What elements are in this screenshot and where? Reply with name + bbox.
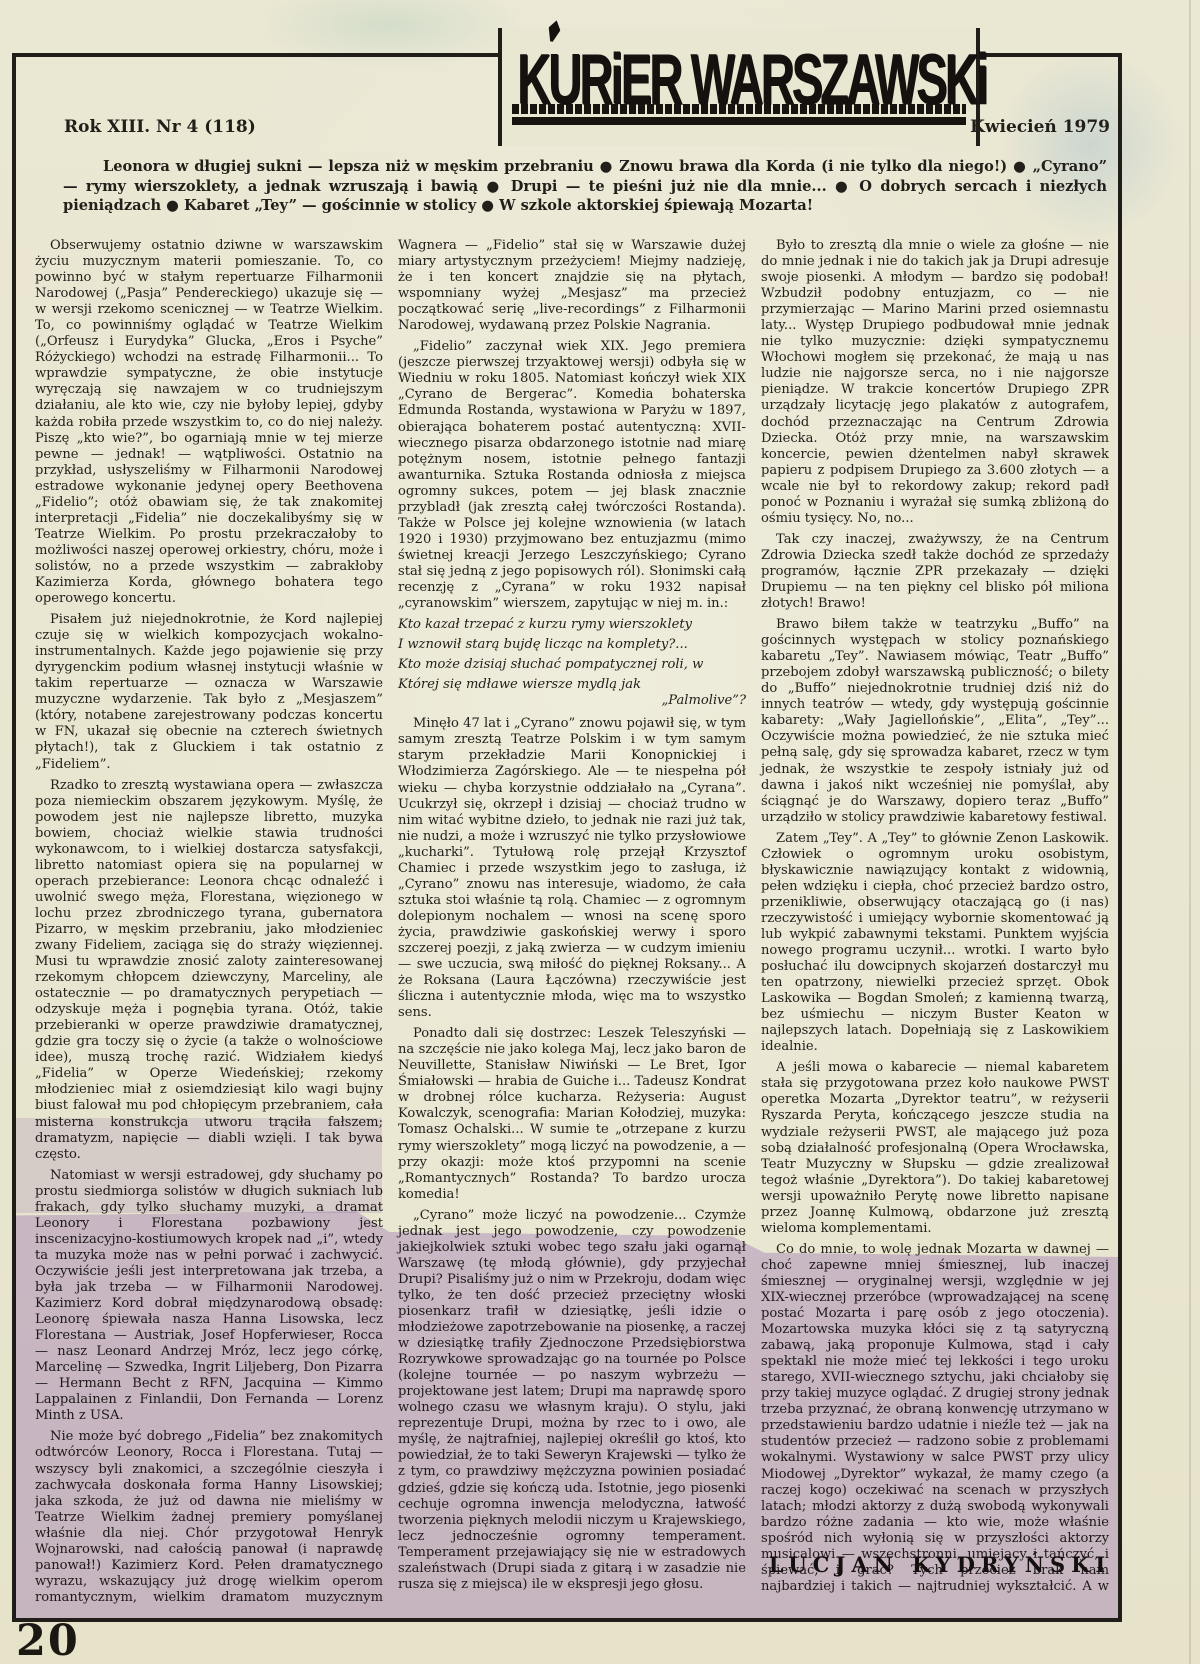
verse-line: I wznowił starą bujdę licząc na komplety… — [398, 637, 746, 653]
newspaper-page: { "masthead": { "logo_text": "KURiER WAR… — [0, 0, 1200, 1664]
issue-date: Kwiecień 1979 — [920, 117, 1110, 137]
verse-line: Której się mdławe wiersze mydlą jak — [398, 677, 746, 693]
page-edge-shadow — [1189, 0, 1191, 1664]
article-paragraph: Pisałem już niejednokrotnie, że Kord naj… — [35, 612, 383, 772]
article-paragraph: Natomiast w wersji estradowej, gdy słuch… — [35, 1168, 383, 1425]
article-paragraph: Ponadto dali się dostrzec: Leszek Telesz… — [398, 1026, 746, 1203]
article-paragraph: Obserwujemy ostatnio dziwne w warszawski… — [35, 238, 383, 607]
article-paragraph: Tak czy inaczej, zważywszy, że na Centru… — [761, 532, 1109, 612]
issue-number: Rok XIII. Nr 4 (118) — [64, 117, 256, 137]
newspaper-logo: KURiER WARSZAWSKi — [517, 38, 986, 120]
verse-line: Kto może dzisiaj słuchać pompatycznej ro… — [398, 657, 746, 673]
masthead: KURiER WARSZAWSKi — [498, 28, 980, 146]
page-number: 20 — [16, 1616, 80, 1664]
verse-line: „Palmolive”? — [398, 693, 746, 709]
verse-line: Kto kazał trzepać z kurzu rymy wierszokl… — [398, 617, 746, 633]
article-paragraph: Brawo biłem także w teatrzyku „Buffo” na… — [761, 617, 1109, 826]
article-paragraph: Było to zresztą dla mnie o wiele za głoś… — [761, 238, 1109, 527]
article-paragraph: Rzadko to zresztą wystawiana opera — zwł… — [35, 778, 383, 1163]
article-paragraph: „Cyrano” może liczyć na powodzenie... Cz… — [398, 1208, 746, 1593]
article-paragraph: „Fidelio” zaczynał wiek XIX. Jego premie… — [398, 339, 746, 612]
article-paragraph: A jeśli mowa o kabarecie — niemal kabare… — [761, 1060, 1109, 1237]
article-paragraph: Zatem „Tey”. A „Tey” to głównie Zenon La… — [761, 831, 1109, 1056]
author-signature: LUCJAN KYDRYŃSKI — [766, 1552, 1114, 1577]
article-body: Obserwujemy ostatnio dziwne w warszawski… — [35, 238, 1109, 1616]
lead-summary: Leonora w długiej sukni — lepsza niż w m… — [63, 157, 1107, 216]
article-paragraph: Minęło 47 lat i „Cyrano” znowu pojawił s… — [398, 716, 746, 1021]
